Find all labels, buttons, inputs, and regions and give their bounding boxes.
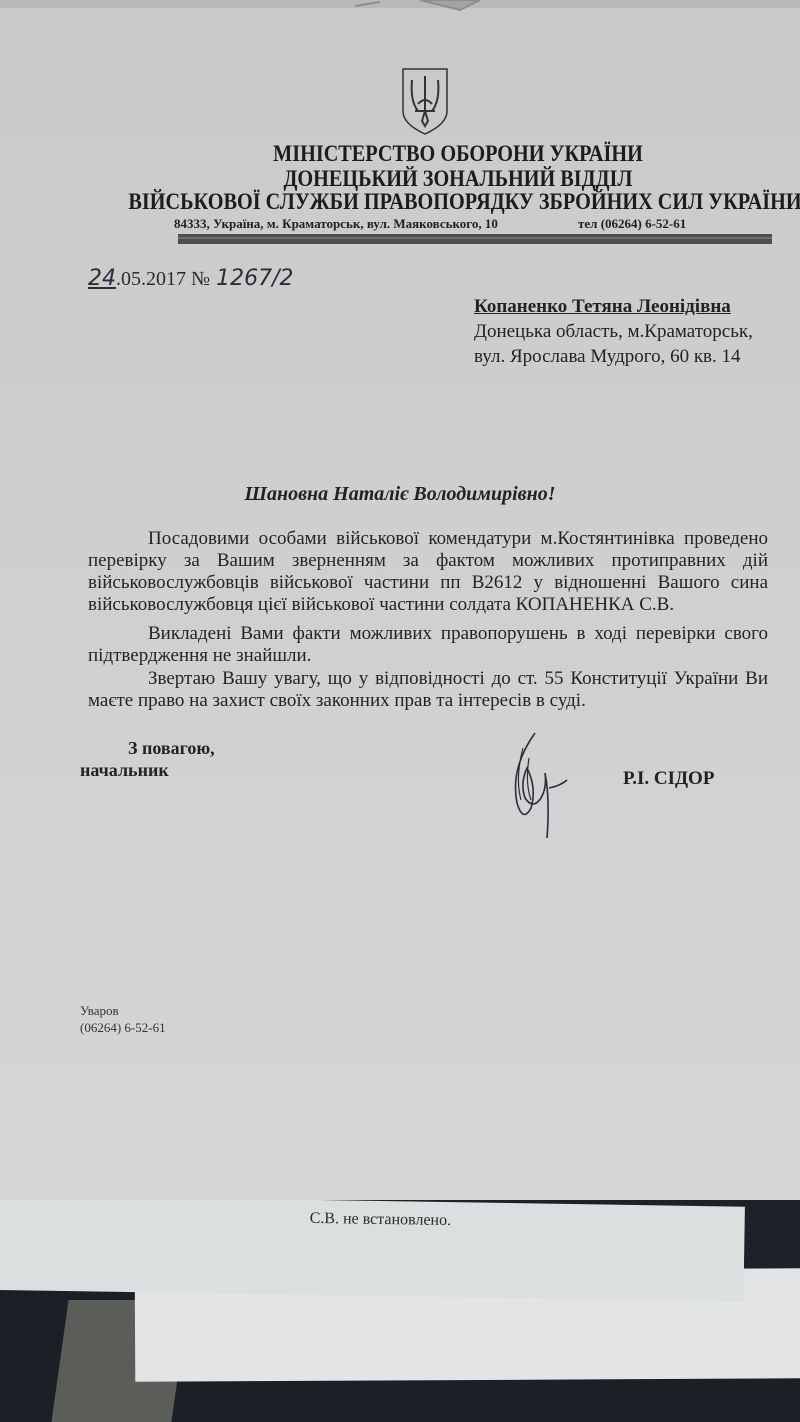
recipient-address-line1: Донецька область, м.Краматорськ,	[474, 319, 753, 344]
handwritten-signature-icon	[505, 728, 575, 843]
letter-page: МІНІСТЕРСТВО ОБОРОНИ УКРАЇНИ ДОНЕЦЬКИЙ З…	[0, 0, 800, 1200]
letterhead-ministry: МІНІСТЕРСТВО ОБОРОНИ УКРАЇНИ	[106, 141, 800, 167]
letter-body-paragraph-3: Звертаю Вашу увагу, що у відповідності д…	[88, 668, 768, 712]
signer-name: Р.І. СІДОР	[623, 768, 714, 790]
reference-date: .05.2017 №	[116, 268, 210, 290]
letter-body-paragraph-2: Викладені Вами факти можливих правопоруш…	[88, 623, 768, 667]
letterhead-divider	[178, 234, 772, 244]
letterhead-phone: тел (06264) 6-52-61	[578, 216, 686, 232]
closing: З повагою,	[128, 738, 215, 759]
signer-position: начальник	[80, 760, 169, 781]
recipient-block: Копаненко Тетяна Леонідівна Донецька обл…	[474, 294, 753, 369]
reference-day: 24	[88, 266, 116, 291]
trident-emblem-icon	[400, 66, 450, 136]
executor-name: Уваров	[80, 1002, 166, 1019]
underlying-sheet: С.В. не встановлено.	[0, 1195, 745, 1302]
executor-block: Уваров (06264) 6-52-61	[80, 1002, 166, 1036]
letterhead-address: 84333, Україна, м. Краматорськ, вул. Мая…	[174, 216, 498, 232]
reference-line: 24.05.2017 №1267/2	[88, 266, 294, 291]
paragraph-text: Звертаю Вашу увагу, що у відповідності д…	[88, 668, 768, 712]
letterhead-service: ВІЙСЬКОВОЇ СЛУЖБИ ПРАВОПОРЯДКУ ЗБРОЙНИХ …	[113, 189, 800, 215]
underlying-sheet-text: С.В. не встановлено.	[310, 1210, 452, 1230]
recipient-address-line2: вул. Ярослава Мудрого, 60 кв. 14	[474, 344, 753, 369]
salutation: Шановна Наталіє Володимирівно!	[0, 483, 800, 506]
reference-number: 1267/2	[216, 266, 293, 291]
paper-fold-mark	[350, 0, 490, 14]
executor-phone: (06264) 6-52-61	[80, 1019, 166, 1036]
letter-body-paragraph-1: Посадовими особами військової комендатур…	[88, 528, 768, 616]
paragraph-text: Викладені Вами факти можливих правопоруш…	[88, 623, 768, 667]
paragraph-text: Посадовими особами військової комендатур…	[88, 528, 768, 616]
recipient-name: Копаненко Тетяна Леонідівна	[474, 294, 753, 319]
